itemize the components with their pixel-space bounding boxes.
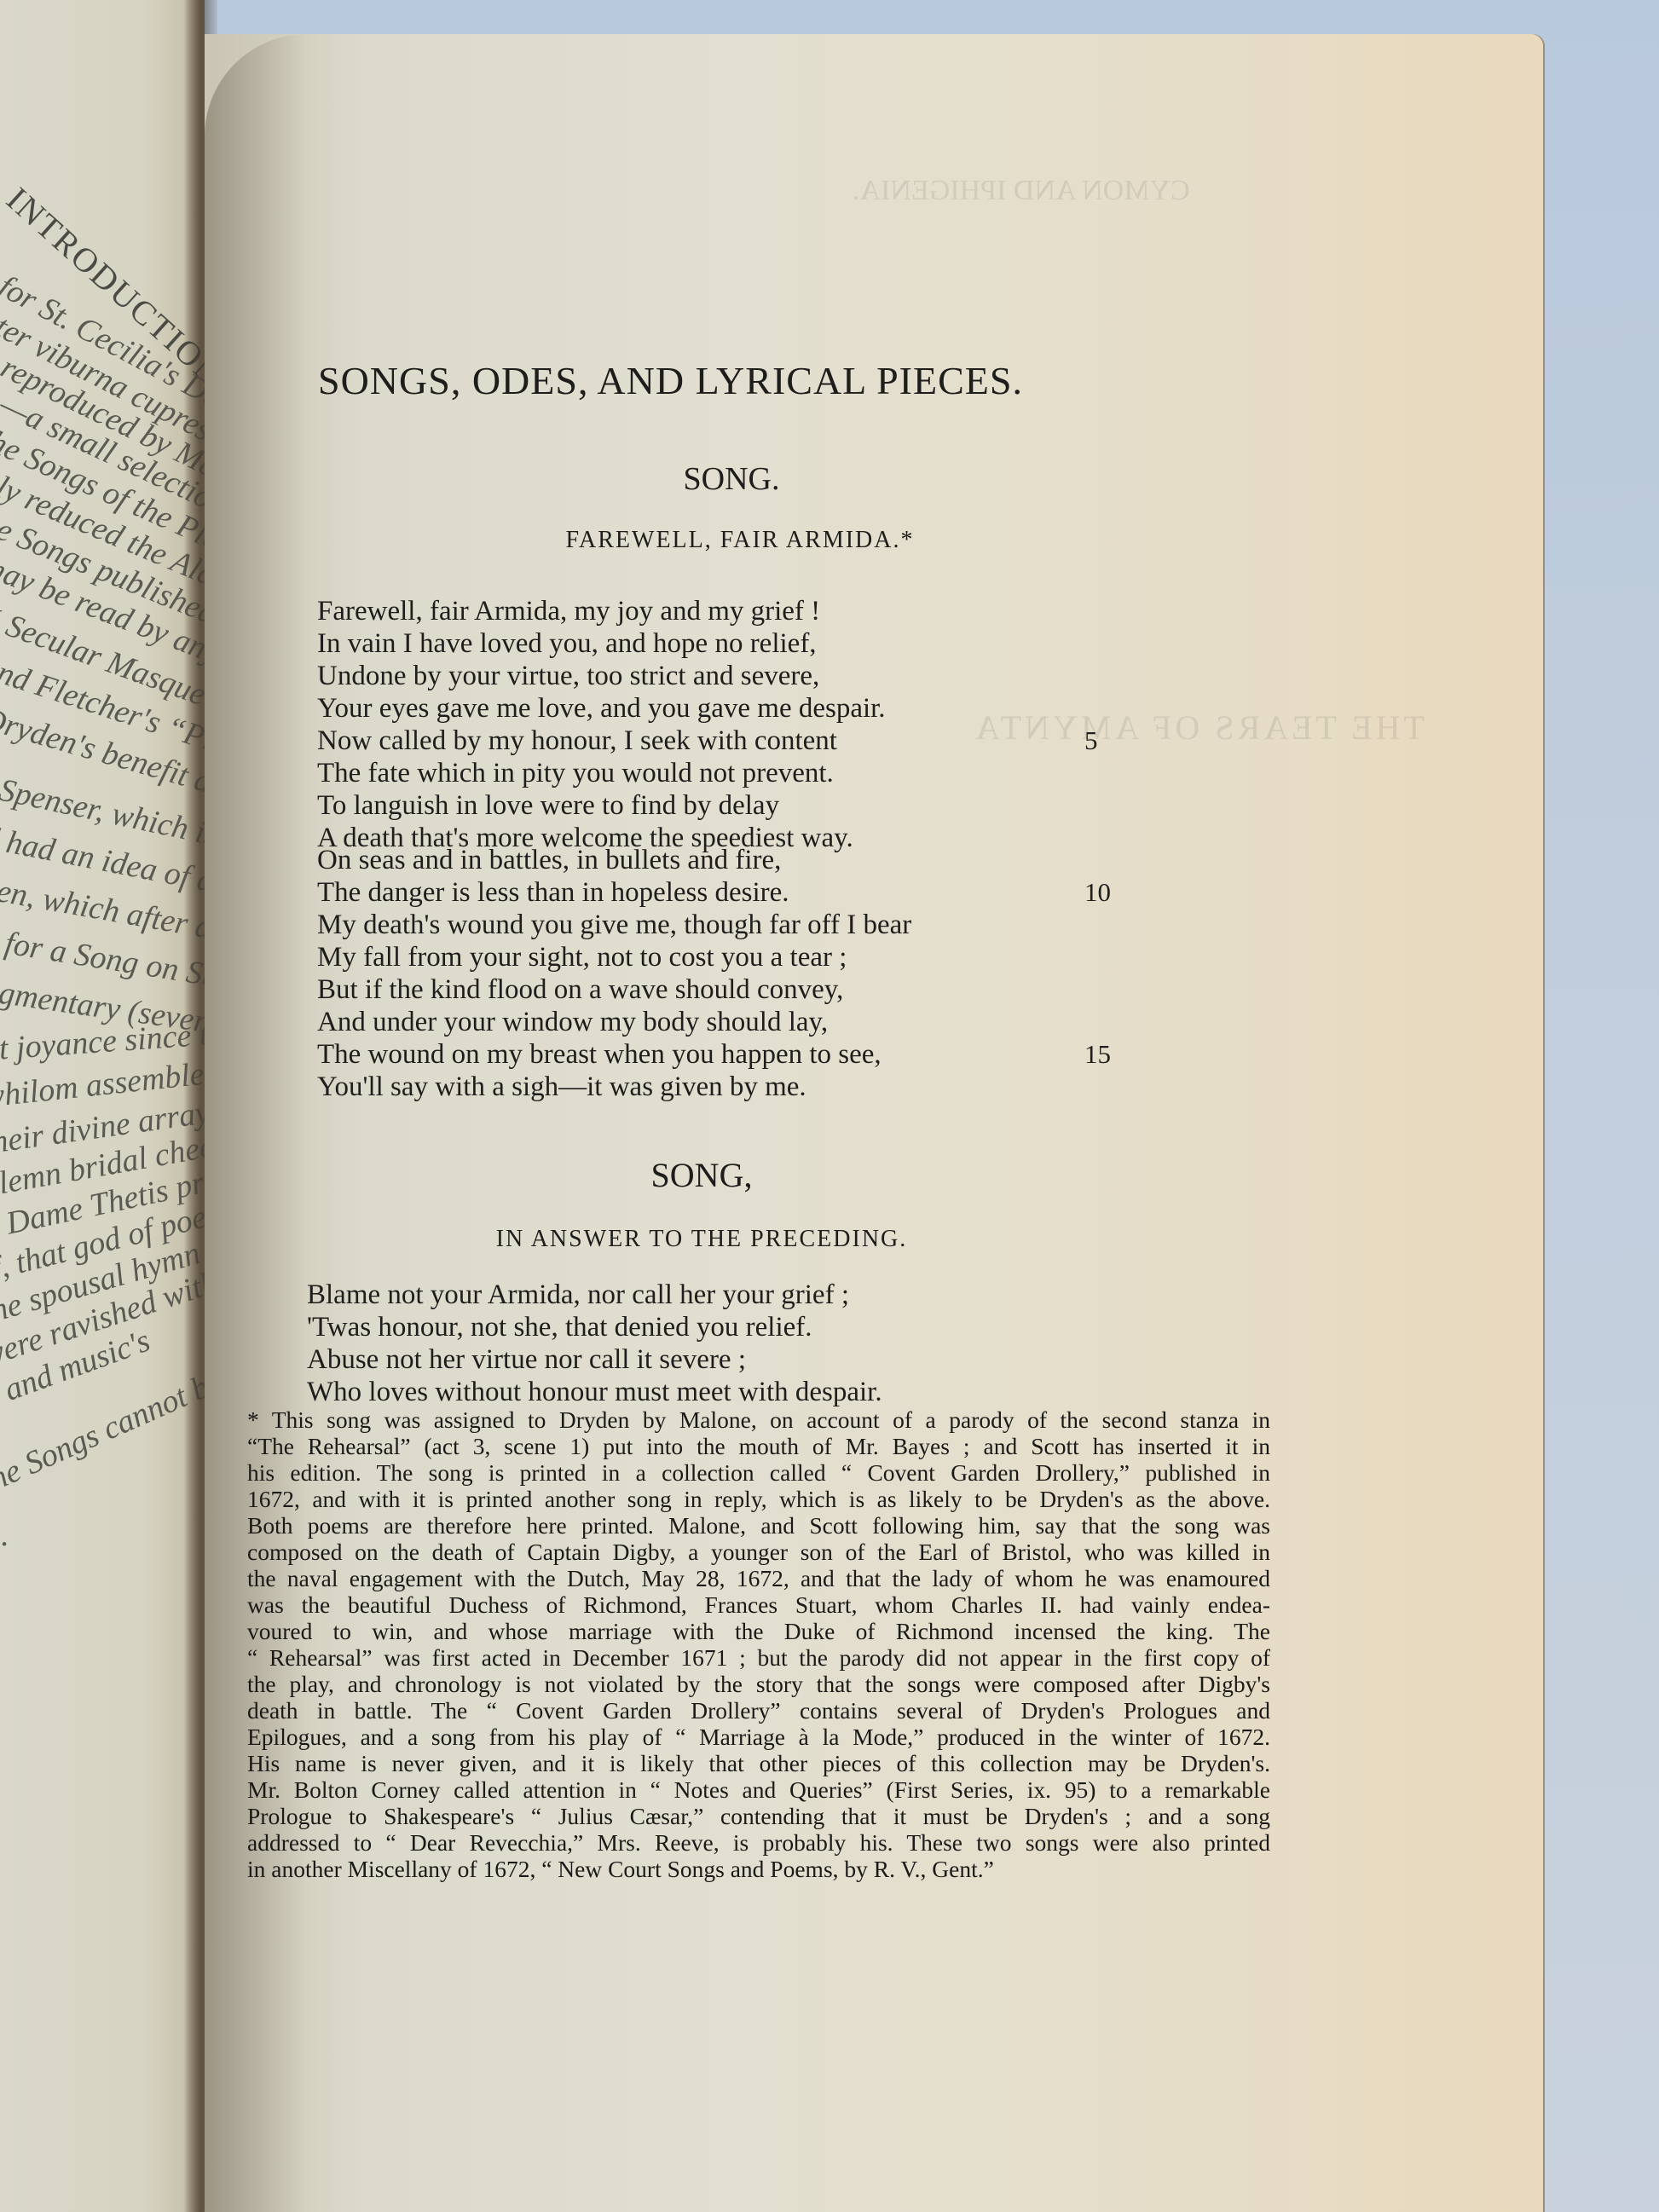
line-number: 5 — [1084, 725, 1098, 757]
verse-line: On seas and in battles, in bullets and f… — [317, 844, 1101, 876]
verse-line: 'Twas honour, not she, that denied you r… — [307, 1311, 1091, 1343]
song-1-subtitle: FAREWELL, FAIR ARMIDA.* — [0, 527, 1569, 554]
left-page-fragment: d. — [0, 1517, 13, 1562]
footnote-line: “The Rehearsal” (act 3, scene 1) put int… — [247, 1433, 1270, 1459]
song-2-stanza-1: Blame not your Armida, nor call her your… — [307, 1279, 1091, 1408]
verse-text: To languish in love were to find by dela… — [317, 790, 779, 821]
verse-text: 'Twas honour, not she, that denied you r… — [307, 1312, 812, 1343]
song-2-heading: SONG, — [0, 1155, 1531, 1195]
footnote-line: 1672, and with it is printed another son… — [247, 1486, 1270, 1512]
verse-line: My fall from your sight, not to cost you… — [317, 941, 1101, 973]
verse-text: Farewell, fair Armida, my joy and my gri… — [317, 596, 820, 627]
verse-text: You'll say with a sigh—it was given by m… — [317, 1071, 806, 1102]
song-2-subtitle: IN ANSWER TO THE PRECEDING. — [0, 1226, 1531, 1253]
verse-text: And under your window my body should lay… — [317, 1007, 828, 1037]
footnote: * This song was assigned to Dryden by Ma… — [247, 1406, 1270, 1882]
verse-text: On seas and in battles, in bullets and f… — [317, 845, 781, 875]
footnote-line: composed on the death of Captain Digby, … — [247, 1539, 1270, 1565]
footnote-line: the play, and chronology is not violated… — [247, 1671, 1270, 1697]
footnote-line: addressed to “ Dear Revecchia,” Mrs. Ree… — [247, 1829, 1270, 1856]
verse-text: The fate which in pity you would not pre… — [317, 758, 834, 788]
verse-line: Who loves without honour must meet with … — [307, 1376, 1091, 1408]
footnote-line: in another Miscellany of 1672, “ New Cou… — [247, 1856, 1270, 1882]
verse-line: Abuse not her virtue nor call it severe … — [307, 1343, 1091, 1376]
footnote-line: Epilogues, and a song from his play of “… — [247, 1724, 1270, 1750]
verse-line: You'll say with a sigh—it was given by m… — [317, 1071, 1101, 1103]
verse-text: Your eyes gave me love, and you gave me … — [317, 693, 886, 724]
verse-line: The fate which in pity you would not pre… — [317, 757, 1101, 789]
verse-text: The wound on my breast when you happen t… — [317, 1039, 882, 1070]
verse-text: But if the kind flood on a wave should c… — [317, 974, 843, 1005]
verse-line: My death's wound you give me, though far… — [317, 909, 1101, 941]
song-1-heading: SONG. — [0, 460, 1561, 498]
footnote-line: death in battle. The “ Covent Garden Dro… — [247, 1697, 1270, 1724]
verse-line: But if the kind flood on a wave should c… — [317, 973, 1101, 1006]
verse-text: Now called by my honour, I seek with con… — [317, 725, 837, 756]
section-title: SONGS, ODES, AND LYRICAL PIECES. — [318, 358, 1023, 403]
verse-text: Blame not your Armida, nor call her your… — [307, 1279, 849, 1310]
showthrough-running-head: CYMON AND IPHIGENIA. — [853, 175, 1190, 207]
footnote-line: Mr. Bolton Corney called attention in “ … — [247, 1776, 1270, 1803]
footnote-line: his edition. The song is printed in a co… — [247, 1459, 1270, 1486]
footnote-line: “ Rehearsal” was first acted in December… — [247, 1644, 1270, 1671]
verse-text: My fall from your sight, not to cost you… — [317, 942, 847, 973]
line-number: 15 — [1084, 1038, 1111, 1071]
footnote-line: His name is never given, and it is likel… — [247, 1750, 1270, 1776]
song-1-stanza-1: Farewell, fair Armida, my joy and my gri… — [317, 595, 1101, 854]
verse-line: Farewell, fair Armida, my joy and my gri… — [317, 595, 1101, 627]
verse-text: In vain I have loved you, and hope no re… — [317, 628, 817, 659]
verse-line: The danger is less than in hopeless desi… — [317, 876, 1101, 909]
verse-text: Abuse not her virtue nor call it severe … — [307, 1344, 746, 1375]
verse-line: Blame not your Armida, nor call her your… — [307, 1279, 1091, 1311]
footnote-line: * This song was assigned to Dryden by Ma… — [247, 1406, 1270, 1433]
verse-line: Undone by your virtue, too strict and se… — [317, 660, 1101, 692]
verse-text: Undone by your virtue, too strict and se… — [317, 661, 819, 691]
footnote-line: was the beautiful Duchess of Richmond, F… — [247, 1591, 1270, 1618]
verse-line: And under your window my body should lay… — [317, 1006, 1101, 1038]
verse-text: Who loves without honour must meet with … — [307, 1377, 882, 1407]
verse-line: In vain I have loved you, and hope no re… — [317, 627, 1101, 660]
left-page: INTRODUCTION. s for St. Cecilia's Day, 1… — [0, 0, 205, 2212]
verse-line: To languish in love were to find by dela… — [317, 789, 1101, 822]
footnote-line: Prologue to Shakespeare's “ Julius Cæsar… — [247, 1803, 1270, 1829]
footnote-line: the naval engagement with the Dutch, May… — [247, 1565, 1270, 1591]
footnote-line: voured to win, and whose marriage with t… — [247, 1618, 1270, 1644]
footnote-line: Both poems are therefore here printed. M… — [247, 1512, 1270, 1539]
line-number: 10 — [1084, 876, 1111, 909]
verse-text: The danger is less than in hopeless desi… — [317, 877, 789, 908]
song-1-stanza-2: On seas and in battles, in bullets and f… — [317, 844, 1101, 1103]
verse-text: My death's wound you give me, though far… — [317, 910, 911, 940]
verse-line: Now called by my honour, I seek with con… — [317, 725, 1101, 757]
verse-line: The wound on my breast when you happen t… — [317, 1038, 1101, 1071]
verse-line: Your eyes gave me love, and you gave me … — [317, 692, 1101, 725]
